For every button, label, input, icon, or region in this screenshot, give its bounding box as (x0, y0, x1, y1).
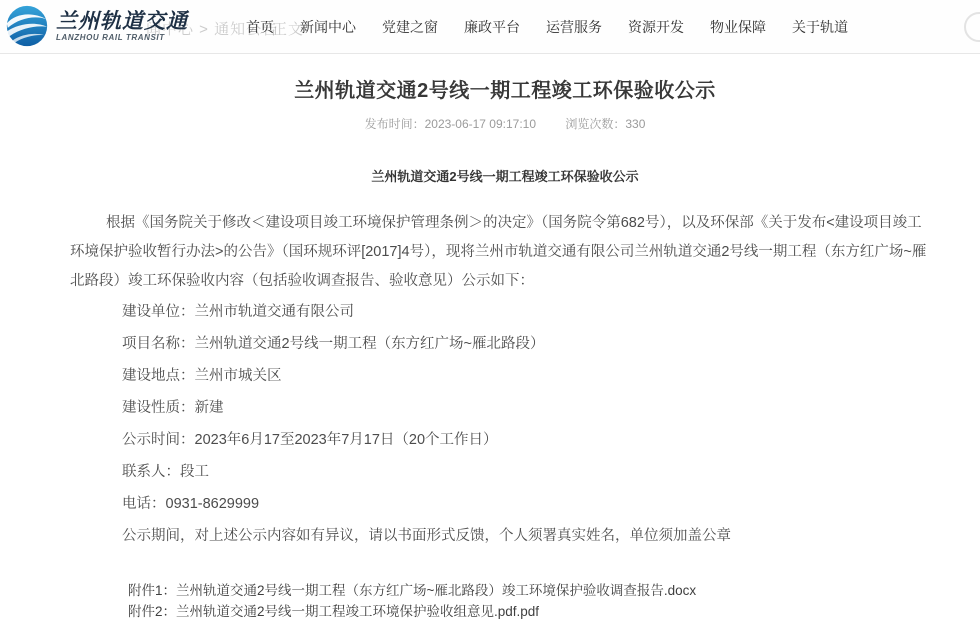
nav-item-operation[interactable]: 运营服务 (546, 17, 602, 37)
info-line-construction-unit: 建设单位：兰州市轨道交通有限公司 (70, 296, 940, 328)
nav-item-integrity[interactable]: 廉政平台 (464, 17, 520, 37)
info-line-nature: 建设性质：新建 (70, 392, 940, 424)
page-title: 兰州轨道交通2号线一期工程竣工环保验收公示 (70, 74, 940, 103)
main-nav: 首页 新闻中心 党建之窗 廉政平台 运营服务 资源开发 物业保障 关于轨道 (246, 0, 848, 54)
info-line-project-name: 项目名称：兰州轨道交通2号线一期工程（东方红广场~雁北路段） (70, 328, 940, 360)
article-content: 兰州轨道交通2号线一期工程竣工环保验收公示 发布时间：2023-06-17 09… (0, 54, 980, 622)
article-meta: 发布时间：2023-06-17 09:17:10 浏览次数：330 (70, 115, 940, 132)
info-line-contact-person: 联系人：段工 (70, 456, 940, 488)
nav-item-resources[interactable]: 资源开发 (628, 17, 684, 37)
nav-item-about[interactable]: 关于轨道 (792, 17, 848, 37)
publish-time: 发布时间：2023-06-17 09:17:10 (365, 117, 536, 131)
info-line-phone: 电话：0931-8629999 (70, 488, 940, 520)
site-logo[interactable]: 兰州轨道交通 LANZHOU RAIL TRANSIT (5, 4, 188, 48)
logo-cn-text: 兰州轨道交通 (56, 11, 188, 32)
logo-en-text: LANZHOU RAIL TRANSIT (56, 34, 188, 42)
attachments: 附件1：兰州轨道交通2号线一期工程（东方红广场~雁北路段）竣工环境保护验收调查报… (70, 580, 940, 622)
nav-item-property[interactable]: 物业保障 (710, 17, 766, 37)
nav-item-news[interactable]: 新闻中心 (300, 17, 356, 37)
ghost-search-circle-icon (964, 12, 980, 42)
nav-item-home[interactable]: 首页 (246, 17, 274, 37)
closing-line: 公示期间，对上述公示内容如有异议，请以书面形式反馈，个人须署真实姓名，单位须加盖… (70, 520, 940, 552)
intro-paragraph: 根据《国务院关于修改＜建设项目竣工环境保护管理条例＞的决定》（国务院令第682号… (70, 209, 936, 296)
attachment-link-1[interactable]: 附件1：兰州轨道交通2号线一期工程（东方红广场~雁北路段）竣工环境保护验收调查报… (128, 580, 940, 601)
info-line-location: 建设地点：兰州市城关区 (70, 360, 940, 392)
info-line-publicity-period: 公示时间：2023年6月17至2023年7月17日（20个工作日） (70, 424, 940, 456)
article-subtitle: 兰州轨道交通2号线一期工程竣工环保验收公示 (70, 166, 940, 185)
info-list: 建设单位：兰州市轨道交通有限公司 项目名称：兰州轨道交通2号线一期工程（东方红广… (70, 296, 940, 520)
wave-globe-icon (5, 4, 49, 48)
site-header: 闻中心 > 通知公告 正文 兰州轨道交通 LANZHOU RAIL TRANSI… (0, 0, 980, 54)
nav-item-party[interactable]: 党建之窗 (382, 17, 438, 37)
attachment-link-2[interactable]: 附件2：兰州轨道交通2号线一期工程竣工环境保护验收组意见.pdf.pdf (128, 601, 940, 622)
view-count: 浏览次数：330 (565, 117, 645, 131)
